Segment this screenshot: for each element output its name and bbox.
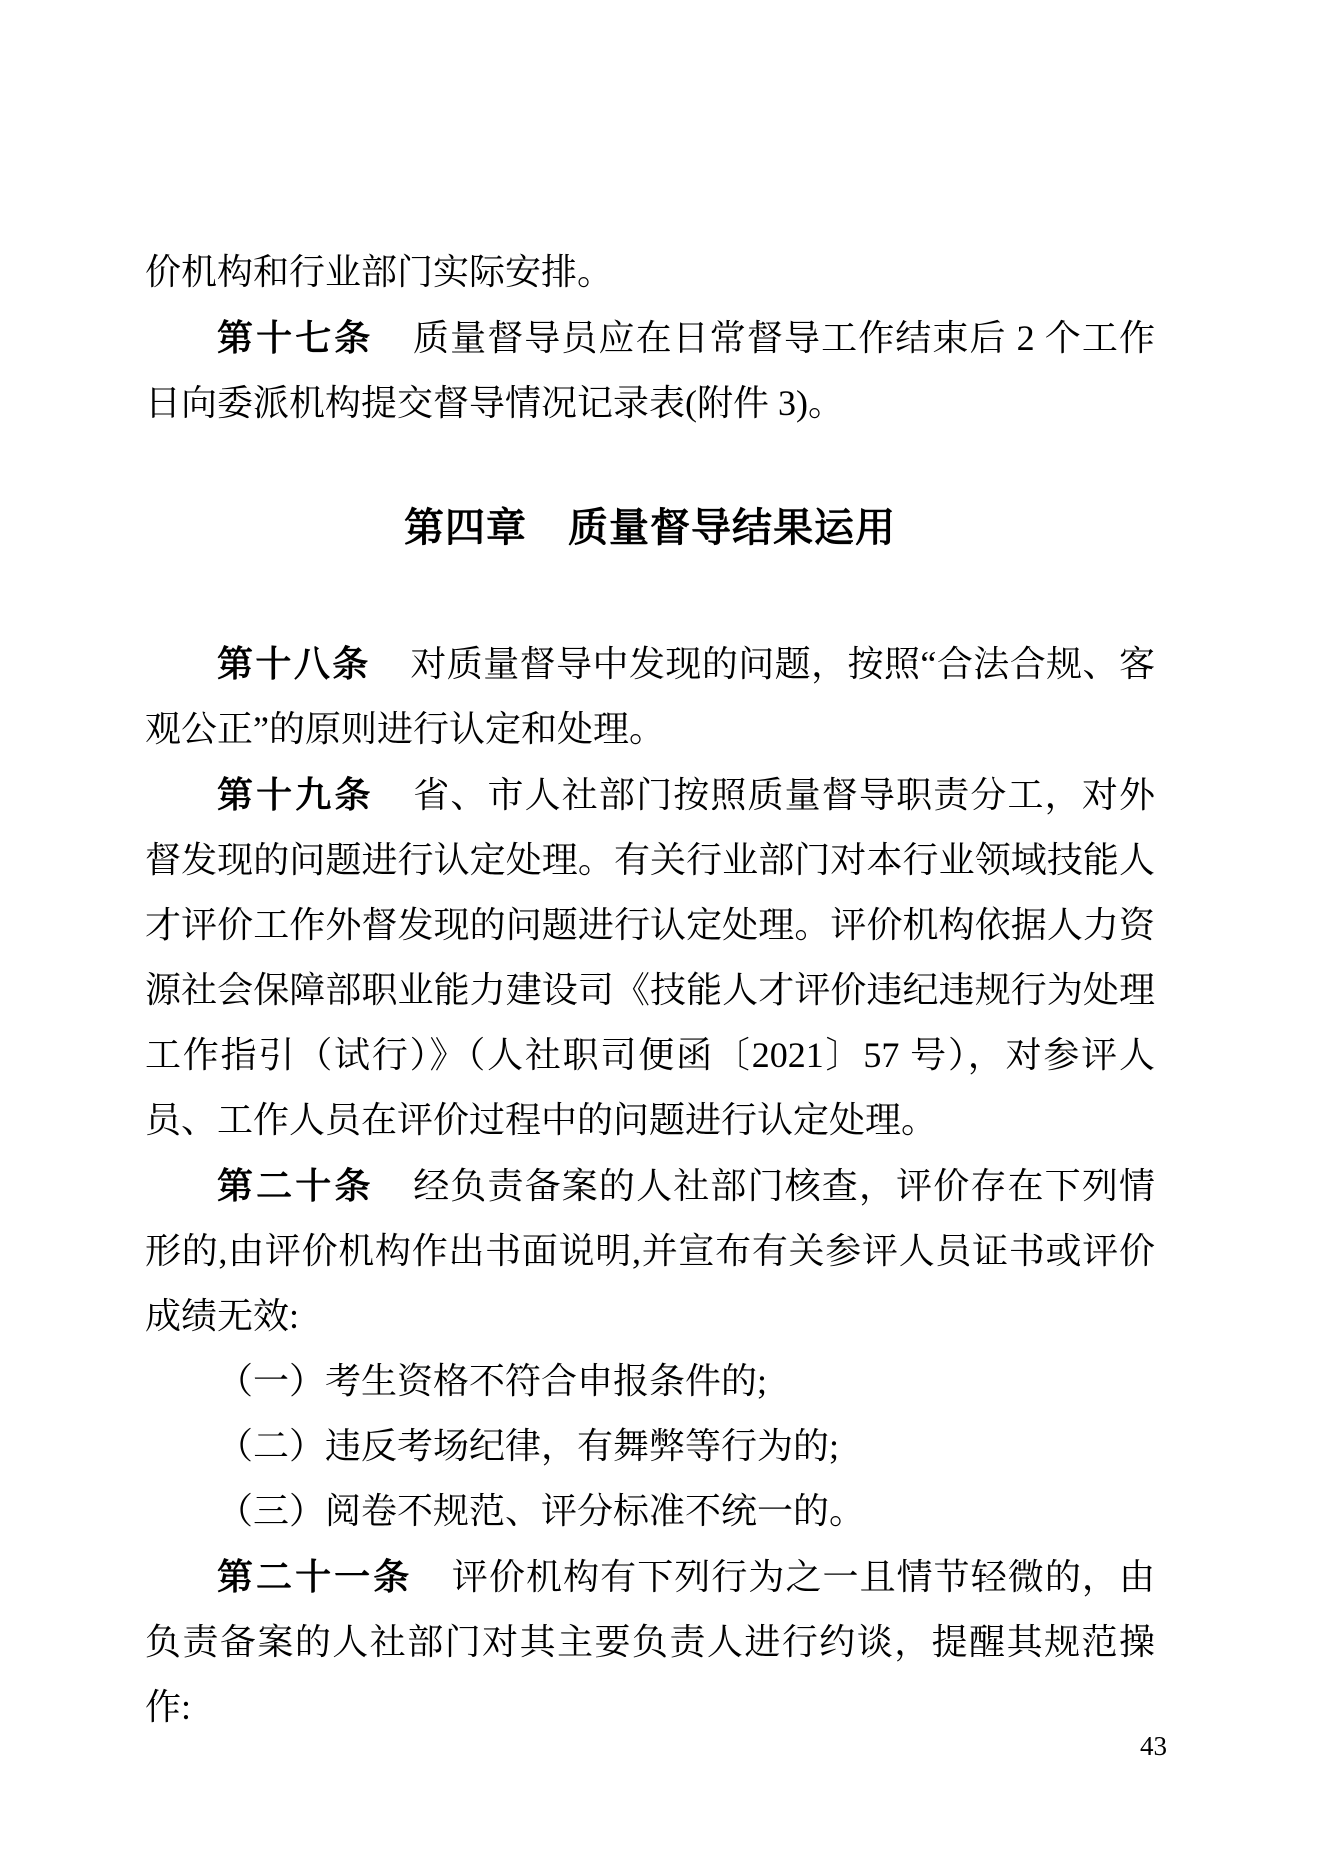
article-21-paragraph: 第二十一条评价机构有下列行为之一且情节轻微的，由负责备案的人社部门对其主要负责人…: [145, 1544, 1155, 1740]
page-number: 43: [1140, 1730, 1167, 1762]
article-17-paragraph: 第十七条质量督导员应在日常督导工作结束后 2 个工作日向委派机构提交督导情况记录…: [145, 305, 1155, 436]
article-20-number: 第二十条: [217, 1165, 374, 1206]
chapter-heading: 第四章 质量督导结果运用: [145, 496, 1155, 561]
article-20-paragraph: 第二十条经负责备案的人社部门核查，评价存在下列情形的,由评价机构作出书面说明,并…: [145, 1153, 1155, 1349]
list-item-2: （二）违反考场纪律，有舞弊等行为的;: [145, 1414, 1155, 1479]
list-item-3: （三）阅卷不规范、评分标准不统一的。: [145, 1479, 1155, 1544]
list-item-3-text: （三）阅卷不规范、评分标准不统一的。: [217, 1491, 865, 1531]
continuation-paragraph: 价机构和行业部门实际安排。: [145, 240, 1155, 305]
document-body: 价机构和行业部门实际安排。 第十七条质量督导员应在日常督导工作结束后 2 个工作…: [145, 240, 1155, 1740]
article-19-number: 第十九条: [217, 774, 374, 815]
list-item-1-text: （一）考生资格不符合申报条件的;: [217, 1361, 767, 1401]
continuation-text: 价机构和行业部门实际安排。: [145, 252, 613, 292]
article-17-number: 第十七条: [217, 317, 373, 358]
article-18-paragraph: 第十八条对质量督导中发现的问题，按照“合法合规、客观公正”的原则进行认定和处理。: [145, 631, 1155, 762]
document-page: 价机构和行业部门实际安排。 第十七条质量督导员应在日常督导工作结束后 2 个工作…: [0, 0, 1323, 1871]
list-item-1: （一）考生资格不符合申报条件的;: [145, 1349, 1155, 1414]
list-item-2-text: （二）违反考场纪律，有舞弊等行为的;: [217, 1426, 839, 1466]
article-21-number: 第二十一条: [217, 1556, 412, 1597]
article-19-text: 省、市人社部门按照质量督导职责分工，对外督发现的问题进行认定处理。有关行业部门对…: [145, 775, 1155, 1140]
article-18-number: 第十八条: [217, 643, 371, 684]
article-19-paragraph: 第十九条省、市人社部门按照质量督导职责分工，对外督发现的问题进行认定处理。有关行…: [145, 762, 1155, 1153]
